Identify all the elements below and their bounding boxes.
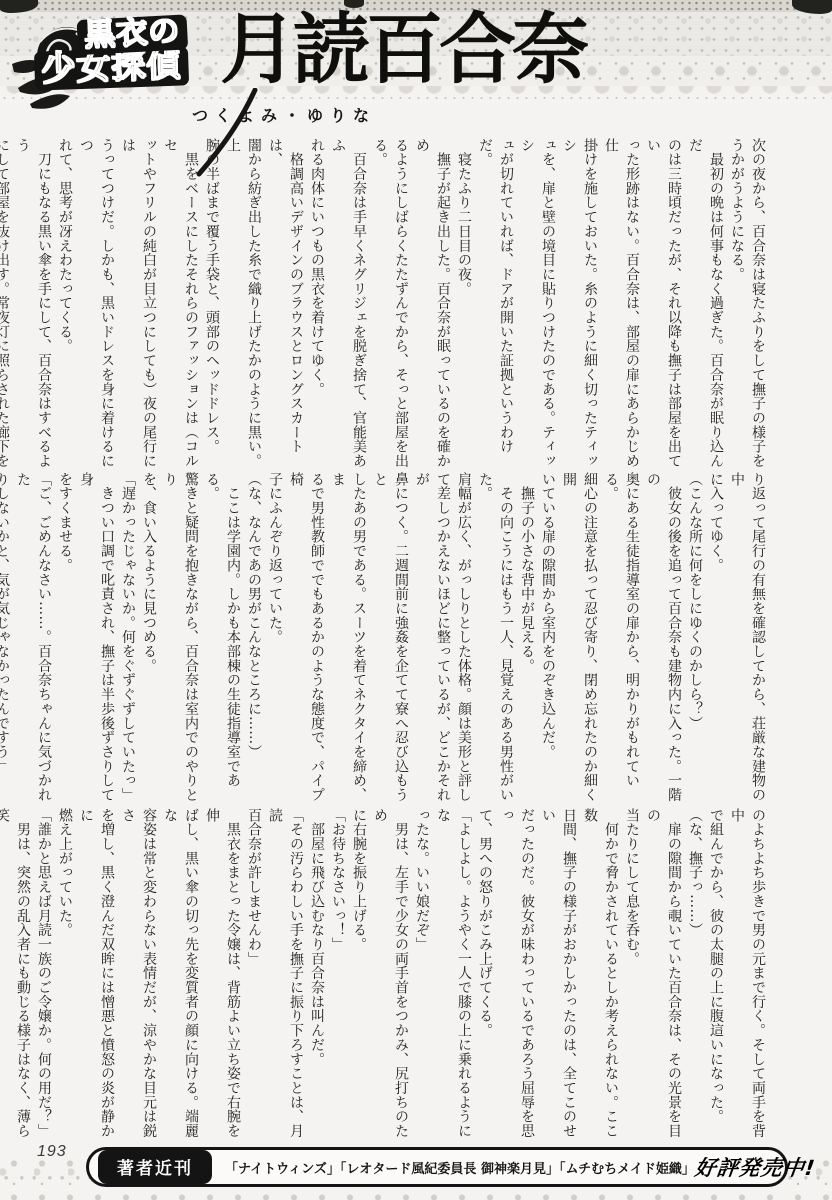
title-brush-stroke [193,88,263,178]
scanned-novel-page: { "colors": { "ink": "#1c1c1c", "paper":… [0,0,832,1200]
footer-banner: 著者近刊 「ナイトウィンズ」「レオタード風紀委員長 御神楽月見」「ムチむちメイド… [86,1147,788,1187]
page-number: 193 [37,1143,67,1161]
on-sale-promo: 好評発売中! [693,1152,817,1182]
series-subtitle-line1: 黒衣の [77,14,189,55]
book-titles: 「ナイトウィンズ」「レオタード風紀委員長 御神楽月見」「ムチむちメイド姫織」 [225,1158,695,1177]
main-title: 月読百合奈 [220,12,585,89]
title-reading: つくよみ・ゆりな [192,103,376,126]
text-band-middle: り返って尾行の有無を確認してから、荘厳な建物の中 に入ってゆく。 （こんな所に何… [31,472,768,804]
recent-works-badge: 著者近刊 [98,1150,212,1184]
series-subtitle: 黒衣の 少女探偵 [33,15,189,91]
series-subtitle-line2: 少女探偵 [34,47,189,91]
text-band-top: 次の夜から、百合奈は寝たふりをして撫子の様子を うかがうようになる。 最初の晩は… [31,138,768,470]
series-logo: 黒衣の 少女探偵 月読百合奈 つくよみ・ゆりな [0,0,680,180]
text-band-bottom: のよちよち歩きで男の元まで行く。そして両手を背中 で組んでから、彼の太腿の上に腹… [31,808,768,1140]
